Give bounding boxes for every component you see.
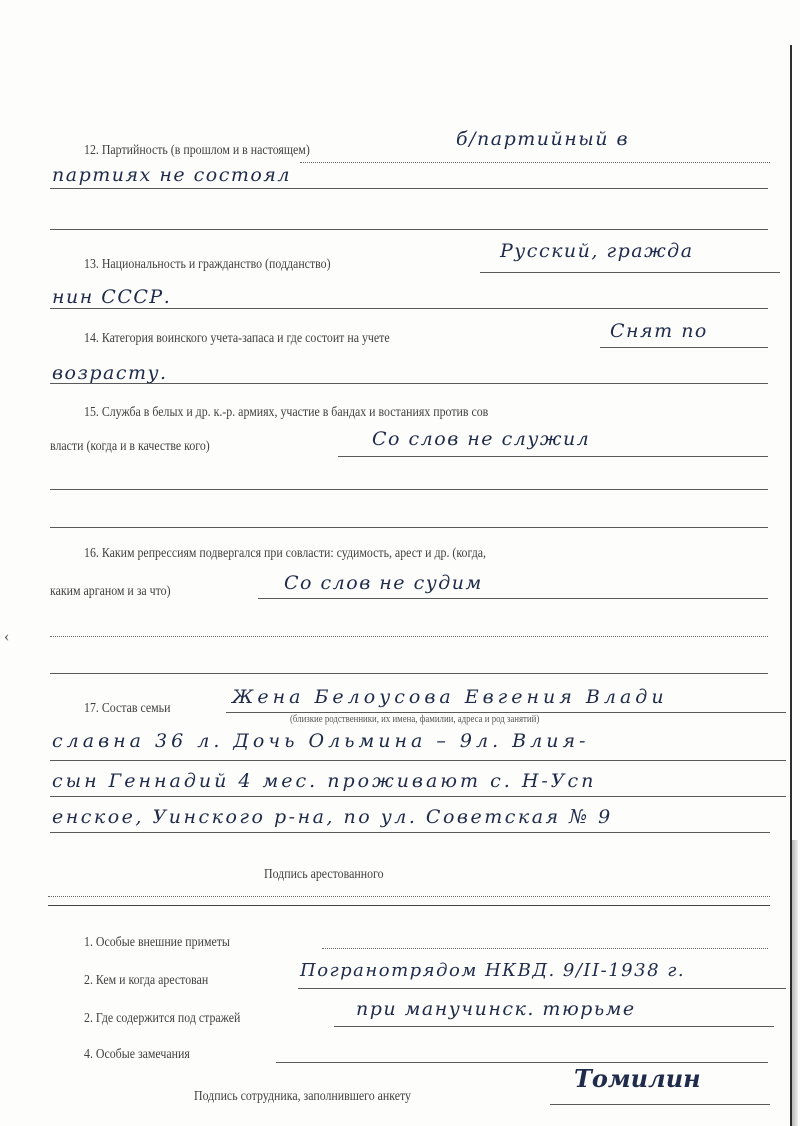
- answer-line: [600, 347, 768, 348]
- page-edge-shadow: [792, 840, 798, 1126]
- signature-line: [550, 1104, 770, 1105]
- arrested-by-answer: Погранотрядом НКВД. 9/II-1938 г.: [300, 960, 685, 981]
- answer-line: [480, 272, 780, 273]
- item-12-answer-1: б/партийный в: [456, 128, 629, 150]
- answer-line: [50, 383, 768, 384]
- answer-line: [300, 162, 770, 163]
- item-15-label-2: власти (когда и в качестве кого): [50, 438, 210, 454]
- item-12-label: 12. Партийность (в прошлом и в настоящем…: [84, 142, 310, 158]
- answer-line: [50, 673, 768, 674]
- item-12-answer-2: партиях не состоял: [52, 164, 291, 186]
- item-17-label: 17. Состав семьи: [84, 700, 170, 716]
- arrested-signature-label: Подпись арестованного: [264, 866, 384, 882]
- custody-location-answer: при манучинск. тюрьме: [356, 998, 636, 1020]
- officer-signature-label: Подпись сотрудника, заполнившего анкету: [194, 1088, 411, 1104]
- item-13-answer-1: Русский, граждa: [500, 240, 694, 262]
- item-15-label-1: 15. Служба в белых и др. к.-р. армиях, у…: [84, 404, 488, 420]
- item-17-answer-3: сын Геннадий 4 мес. проживают с. Н-Усп: [52, 770, 596, 792]
- separator-line: [48, 896, 770, 897]
- answer-line: [50, 796, 786, 797]
- margin-mark: ‹: [4, 628, 9, 646]
- item-15-answer: Со слов не служил: [372, 428, 590, 450]
- item-13-label: 13. Национальность и гражданство (поддан…: [84, 256, 331, 272]
- item-17-answer-2: славна 36 л. Дочь Ольмина – 9л. Влия-: [52, 730, 589, 752]
- answer-line: [338, 456, 768, 457]
- scanned-form-page: 12. Партийность (в прошлом и в настоящем…: [0, 0, 800, 1126]
- answer-line: [226, 712, 786, 713]
- answer-line: [50, 832, 770, 833]
- item-16-label-2: каким арганом и за что): [50, 583, 171, 599]
- item-14-answer-2: возрасту.: [52, 362, 168, 384]
- arrested-by-label: 2. Кем и когда арестован: [84, 972, 208, 988]
- answer-line: [258, 598, 768, 599]
- item-17-answer-4: енское, Уинского р-на, по ул. Советская …: [52, 806, 613, 828]
- answer-line: [50, 760, 786, 761]
- item-14-answer-1: Снят по: [610, 320, 708, 342]
- answer-line: [50, 527, 768, 528]
- item-17-answer-1: Жена Белоусова Евгения Влади: [232, 686, 668, 708]
- answer-line: [276, 1062, 768, 1063]
- answer-line: [50, 308, 768, 309]
- item-16-answer: Со слов не судим: [284, 572, 483, 594]
- officer-signature: Томилин: [574, 1064, 701, 1093]
- answer-line: [322, 948, 768, 949]
- item-16-label-1: 16. Каким репрессиям подвергался при сов…: [84, 545, 486, 561]
- item-14-label: 14. Категория воинского учета-запаса и г…: [84, 330, 390, 346]
- special-marks-label: 1. Особые внешние приметы: [84, 934, 230, 950]
- answer-line: [298, 988, 786, 989]
- answer-line: [50, 636, 768, 637]
- answer-line: [50, 229, 768, 230]
- answer-line: [50, 188, 768, 189]
- separator-line: [48, 905, 770, 906]
- item-17-hint: (близкие родственники, их имена, фамилии…: [290, 714, 539, 725]
- answer-line: [334, 1026, 774, 1027]
- special-remarks-label: 4. Особые замечания: [84, 1046, 190, 1062]
- item-13-answer-2: нин СССР.: [52, 286, 171, 308]
- answer-line: [50, 489, 768, 490]
- custody-location-label: 2. Где содержится под стражей: [84, 1010, 240, 1026]
